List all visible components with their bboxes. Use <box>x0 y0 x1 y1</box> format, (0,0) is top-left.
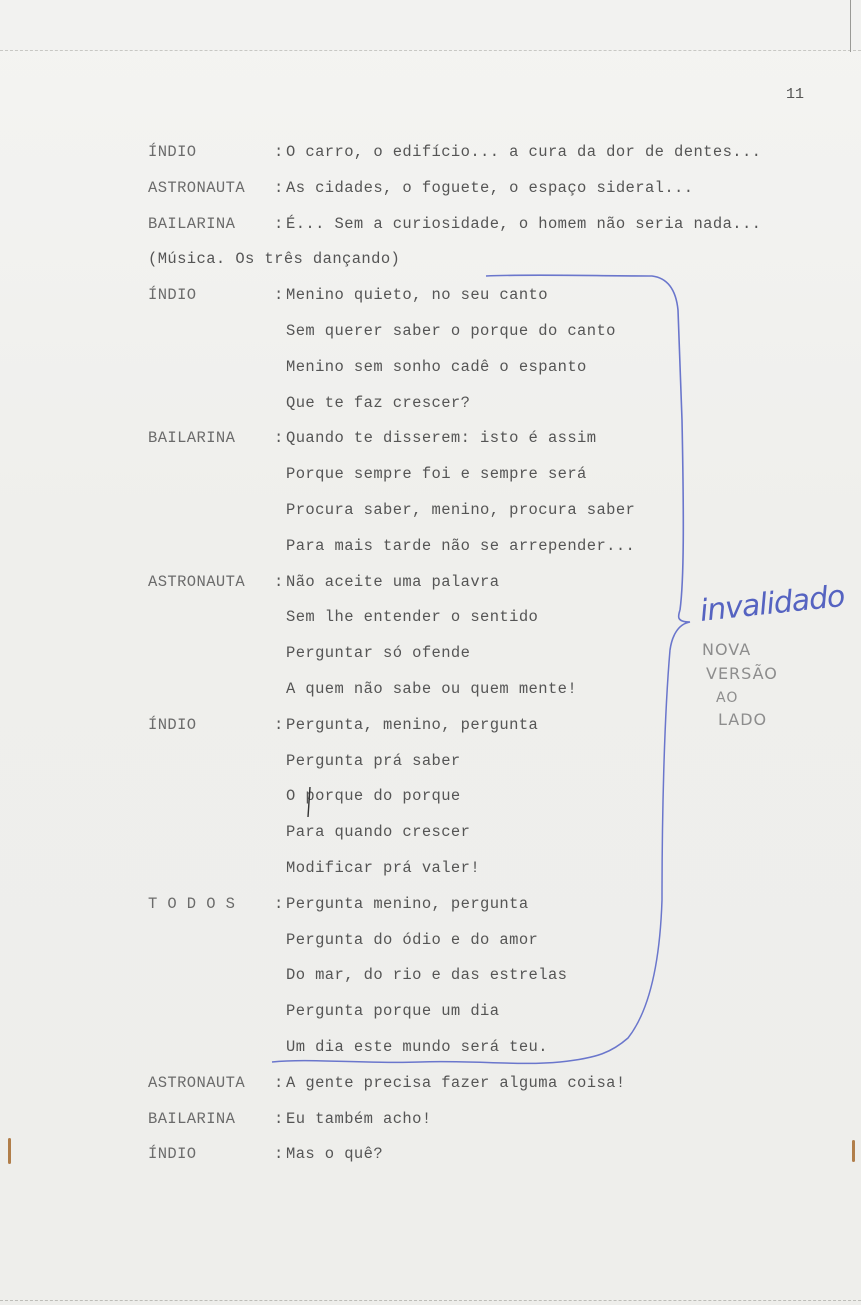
typewritten-page: 11 ÍNDIO:O carro, o edifício... a cura d… <box>0 0 861 1305</box>
pencil-note-line-3: AO <box>716 690 738 706</box>
brace-point <box>670 610 690 650</box>
pencil-note-line-4: LADO <box>718 710 767 729</box>
brace-top-line <box>486 275 683 610</box>
pencil-note-line-2: VERSÃO <box>706 664 778 683</box>
brace-bottom-line <box>272 650 670 1063</box>
correction-mark <box>308 787 310 817</box>
pencil-note-line-1: NOVA <box>702 640 751 659</box>
